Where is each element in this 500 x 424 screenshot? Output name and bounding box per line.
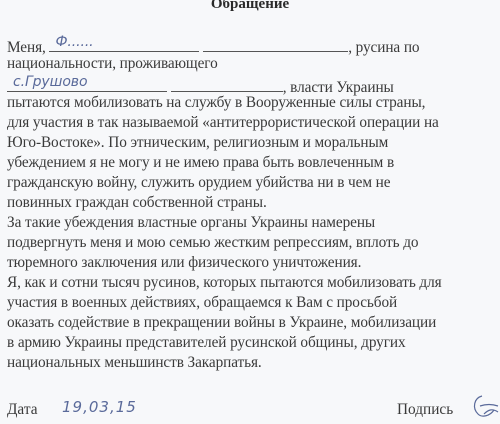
name-prefix: Меня, bbox=[7, 39, 46, 56]
body-line: Юго-Востоке». По этническим, религиозным… bbox=[7, 134, 388, 152]
name-field: Ф...... bbox=[49, 35, 199, 52]
body-line: тюремного заключения или физического уни… bbox=[7, 254, 361, 272]
signature-scribble-icon bbox=[470, 392, 500, 424]
document-title: Обращение bbox=[0, 0, 500, 13]
nationality-line: национальности, проживающего bbox=[7, 55, 218, 73]
document-page: Обращение Меня, Ф...... , русина по наци… bbox=[0, 0, 500, 424]
surname-field bbox=[203, 35, 348, 52]
date-label: Дата bbox=[7, 401, 38, 419]
name-suffix: , русина по bbox=[348, 39, 419, 56]
body-line: участия в военных действиях, обращаемся … bbox=[7, 294, 397, 312]
residence-handwritten: с.Грушово bbox=[13, 74, 87, 90]
body-line: национальных меньшинств Закарпатья. bbox=[7, 354, 262, 372]
body-line: убеждением я не могу и не имею права быт… bbox=[7, 154, 394, 172]
body-line: Я, как и сотни тысяч русинов, которых пы… bbox=[7, 274, 442, 292]
body-line: оказать содействие в прекращении войны в… bbox=[7, 314, 436, 332]
name-handwritten: Ф...... bbox=[55, 34, 93, 50]
residence-field-2 bbox=[171, 75, 283, 92]
body-line: подвергнуть меня и мою семью жестким реп… bbox=[7, 234, 418, 252]
body-line: пытаются мобилизовать на службу в Вооруж… bbox=[7, 94, 425, 112]
body-line: повинных граждан собственной страны. bbox=[7, 194, 267, 212]
body-line: в армию Украины представителей русинской… bbox=[7, 334, 406, 352]
body-line: гражданскую войну, служить орудием убийс… bbox=[7, 174, 390, 192]
name-line: Меня, Ф...... , русина по bbox=[7, 35, 419, 57]
signature-label: Подпись bbox=[397, 401, 453, 419]
body-line: За такие убеждения властные органы Украи… bbox=[7, 214, 375, 232]
date-value: 19,03,15 bbox=[62, 398, 137, 416]
body-line: для участия в так называемой «антитеррор… bbox=[7, 114, 439, 132]
residence-field: с.Грушово bbox=[7, 75, 167, 92]
